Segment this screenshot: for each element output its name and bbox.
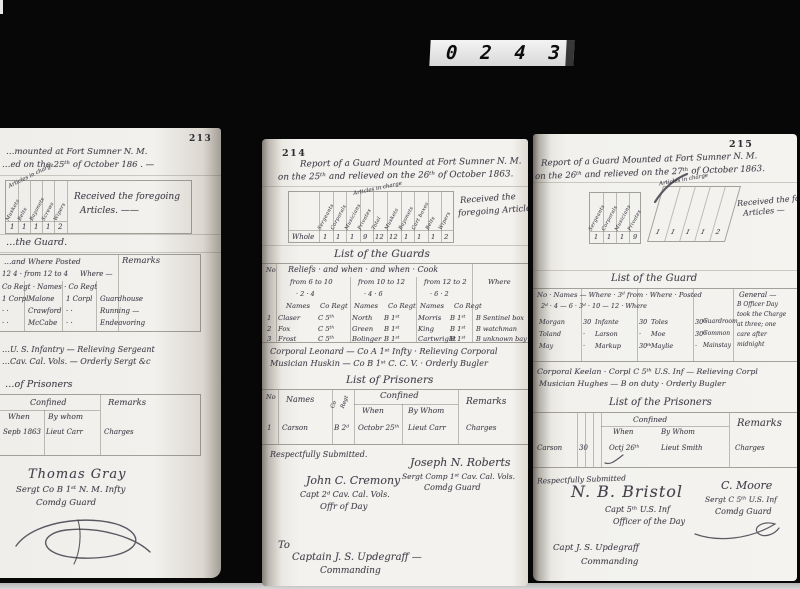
column-label: Names (354, 303, 378, 310)
table-subheader: 12 4 · from 12 to 4 (2, 271, 68, 278)
table-cell: Octj 26ᵗʰ (609, 445, 640, 452)
table-divider (590, 231, 640, 232)
table-divider (616, 193, 617, 243)
table-cell: B 2ᵈ (334, 424, 349, 431)
table-header: Remarks (737, 419, 782, 429)
rule-line (533, 270, 797, 271)
table-divider (62, 281, 63, 331)
received-note: Articles — (743, 206, 785, 218)
signature-line: Sergt C 5ᵗʰ U.S. Inf (705, 496, 777, 504)
table-divider (42, 181, 43, 233)
received-note: Articles. —— (80, 207, 139, 216)
rule-line (0, 252, 221, 253)
table-cell: B 1ˢᵗ (450, 326, 465, 333)
signature-line: Capt 2ᵈ Cav. Cal. Vols. (300, 491, 390, 499)
column-label: Co Regt (454, 303, 482, 310)
table-cell: Sepb 1863 (3, 429, 41, 436)
table-cell: Toland (539, 331, 561, 338)
prisoners-heading: List of Prisoners (346, 375, 433, 386)
table-cell: 1 (431, 234, 435, 241)
table-divider (733, 289, 734, 361)
table-cell: Charges (104, 429, 134, 436)
table-cell: 30 (579, 445, 588, 452)
table-divider (637, 289, 638, 361)
table-header: …and Where Posted (4, 258, 81, 266)
table-divider (276, 264, 277, 342)
signature-line: Officer of the Day (613, 518, 685, 526)
rule-line (0, 234, 221, 235)
footer-line: Commanding (581, 558, 638, 567)
table-divider (319, 192, 320, 242)
table-cell: Charges (466, 424, 496, 431)
table-divider (601, 413, 602, 467)
page-214: 214 Report of a Guard Mounted at Fort Su… (262, 139, 528, 586)
table-cell: 3 (267, 336, 271, 343)
table-cell: · · (2, 320, 9, 327)
signature-name: Joseph N. Roberts (410, 457, 511, 468)
table-cell: B 1ˢᵗ (450, 315, 465, 322)
table-header: Confined (633, 416, 667, 424)
signature-line: Comdg Guard (36, 499, 96, 508)
table-divider (18, 181, 19, 233)
signature-name: Thomas Gray (28, 468, 126, 481)
remarks-line: midnight (737, 342, 764, 348)
table-divider (0, 410, 100, 411)
table-cell: Toles (651, 319, 668, 326)
table-subheader: When (613, 429, 633, 436)
guard-table: …and Where Posted Remarks 12 4 · from 12… (0, 254, 201, 332)
table-cell: 30 (639, 319, 647, 326)
table-cell: 9 (363, 234, 367, 241)
table-divider (729, 413, 730, 467)
table-header: Remarks (122, 257, 160, 266)
note-line: …U. S. Infantry — Relieving Sergeant (2, 346, 155, 354)
table-header: No (266, 267, 276, 274)
table-cell: 1 (607, 234, 611, 241)
table-cell: 1 (336, 234, 340, 241)
guard-heading: List of the Guard (611, 274, 697, 284)
table-cell: 2 (267, 326, 271, 333)
table-divider (346, 192, 347, 242)
table-cell: · (583, 343, 585, 350)
articles-table: Articles in charge Whole Sergeants Corpo… (288, 191, 454, 243)
table-cell: · (695, 343, 697, 350)
table-divider (402, 404, 403, 444)
check-mark-icon (603, 453, 627, 467)
prisoners-table: Confined When By Whom Remarks Carson 30 … (533, 412, 797, 468)
footer-line: To (278, 541, 290, 551)
column-label: Co Regt (388, 303, 416, 310)
table-subheader: · 6 · 2 (430, 291, 449, 298)
table-divider (472, 264, 473, 342)
signature-name: C. Moore (721, 480, 772, 491)
table-cell: B watchman (476, 326, 517, 333)
table-cell: Charges (735, 445, 765, 452)
table-cell: Lieut Carr (408, 424, 446, 431)
guard-heading: List of the Guards (334, 249, 430, 260)
table-cell: Morgan (539, 319, 565, 326)
received-note: Received the foregoing (74, 193, 180, 202)
table-cell: · · (66, 308, 73, 315)
signature-line: Capt 5ᵗʰ U.S. Inf (605, 506, 670, 514)
table-cell: Fox (278, 326, 290, 333)
received-note: foregoing Articles. (458, 204, 528, 218)
table-cell: 1 (594, 234, 598, 241)
prisoners-heading: …of Prisoners (5, 380, 72, 390)
table-cell: 2 (444, 234, 448, 241)
table-cell: 1 (267, 424, 272, 431)
table-cell: 1 (670, 229, 676, 236)
table-cell: B 1ˢᵗ (384, 315, 399, 322)
table-header: Reliefs · and when · and when · Cook (288, 266, 438, 274)
remarks-line: care after (737, 332, 767, 338)
table-cell: 1 (417, 234, 421, 241)
table-divider (585, 413, 586, 467)
signature-name: N. B. Bristol (571, 484, 683, 500)
table-subheader: · 4 · 6 (364, 291, 383, 298)
table-cell: 1 Corpl (66, 296, 92, 303)
table-divider (354, 404, 458, 405)
table-divider (360, 192, 361, 242)
table-subheader: from 10 to 12 (358, 279, 405, 286)
table-cell: Maylie (651, 343, 673, 350)
column-label: Names (420, 303, 444, 310)
table-cell: B unknown bay (476, 336, 527, 343)
table-divider (354, 390, 355, 444)
table-cell: 12 (375, 234, 384, 241)
film-edge-sliver (0, 0, 3, 14)
signature-name: John C. Cremony (306, 475, 400, 486)
table-cell: B 1ˢᵗ (384, 336, 399, 343)
table-cell: Mainstay (703, 343, 731, 349)
prisoners-table: Confined Remarks When By whom Sepb 1863 … (0, 394, 201, 456)
table-cell: C 5ᵗʰ (318, 326, 334, 333)
table-cell: 1 (10, 224, 14, 231)
column-label: Belts (18, 207, 29, 222)
prisoners-table: No Names Co Regt Confined When By Whom R… (262, 389, 528, 445)
table-divider (416, 277, 417, 342)
table-cell: 1 (323, 234, 327, 241)
table-cell: Octobr 25ᵗʰ (358, 424, 399, 431)
table-cell: B 1ˢᵗ (384, 326, 399, 333)
table-cell: Carson (282, 424, 308, 431)
remarks-line: at three; one (737, 322, 776, 328)
counter-digit: 3 (548, 42, 561, 64)
table-divider (693, 289, 694, 361)
page-number: 215 (729, 140, 753, 150)
table-cell: C 5ᵗʰ (318, 336, 334, 343)
table-cell: 1 Corpl (2, 296, 28, 303)
table-divider (441, 192, 442, 242)
column-label: Regt (341, 395, 351, 409)
table-divider (629, 193, 630, 243)
table-cell: Bolinger (352, 336, 381, 343)
table-cell: · (639, 331, 641, 338)
signature-line: Offr of Day (320, 503, 367, 512)
counter-digit: 0 (445, 42, 458, 64)
row-label: Whole (292, 234, 314, 241)
guard-table: No Reliefs · and when · and when · Cook … (262, 263, 528, 343)
table-divider (581, 289, 582, 361)
table-divider (603, 193, 604, 243)
column-label: Names (286, 303, 310, 310)
signature-line: Sergt Comp 1ˢᵗ Cav. Cal. Vols. (402, 473, 515, 481)
table-cell: 2 (715, 229, 721, 236)
guard-table: No · Names — Where · 3ᵈ from · Where · P… (533, 288, 797, 362)
table-cell: 1 (350, 234, 354, 241)
table-subheader: · 2 · 4 (296, 291, 315, 298)
prisoners-heading: List of the Prisoners (609, 398, 712, 408)
table-cell: 1 (22, 224, 26, 231)
table-subheader: By Whom (408, 407, 444, 415)
table-divider (458, 390, 459, 444)
pen-flourish-icon (8, 512, 158, 570)
articles-slant-label: Articles in charge (353, 182, 403, 198)
signature-line: Comdg Guard (424, 484, 481, 492)
table-divider (428, 192, 429, 242)
musician-line: Musician Huskin — Co B 1ˢᵗ C. C. V. · Or… (270, 359, 488, 367)
table-divider (593, 413, 594, 467)
table-cell: Guardroom (703, 319, 738, 325)
table-subheader: Where — (80, 271, 113, 278)
counter-digit: 4 (514, 42, 527, 64)
table-cell: 1 (267, 315, 271, 322)
table-subheader: from 12 to 2 (424, 279, 467, 286)
table-divider (333, 192, 334, 242)
table-header: Confined (380, 392, 419, 401)
report-title-line: …ed on the 25ᵗʰ of October 186 . — (2, 161, 154, 170)
report-title-line: on the 25ᵗʰ and relieved on the 26ᵗʰ of … (278, 170, 513, 182)
remarks-line: took the Charge (737, 312, 786, 318)
musician-line: Musician Hughes — B on duty · Orderly Bu… (539, 380, 726, 388)
table-cell: B 1ˢᵗ (450, 336, 465, 343)
rule-line (262, 245, 528, 246)
table-cell: Carson (537, 445, 562, 452)
table-subheader: Co Regt · Names · Co Regt (2, 284, 97, 291)
table-cell: 1 (46, 224, 50, 231)
remarks-line: B Officer Day (737, 302, 778, 308)
table-header: Confined (30, 399, 66, 407)
table-cell: Morris (418, 315, 441, 322)
footer-line: Commanding (320, 567, 381, 576)
articles-table-skewed: 1 1 1 1 2 (647, 186, 741, 242)
footer-line: Capt J. S. Updegraff (553, 544, 639, 553)
table-cell: May (539, 343, 553, 350)
table-cell: B Sentinel box (476, 315, 524, 322)
table-cell: Moe (651, 331, 665, 338)
table-subheader: Where (488, 279, 511, 286)
table-cell: 1 (700, 229, 706, 236)
table-subheader: When (8, 413, 30, 421)
table-cell: 30ᵗʰ (639, 343, 652, 350)
guard-heading: …the Guard. (6, 238, 67, 248)
footer-line: Captain J. S. Updegraff — (292, 553, 422, 563)
table-cell: · · (2, 308, 9, 315)
table-cell: Malone (28, 296, 54, 303)
table-subheader: By Whom (661, 429, 695, 436)
counter-digit: 2 (480, 42, 493, 64)
table-cell: Frost (278, 336, 296, 343)
corporal-line: Corporal Keelan · Corpl C 5ᵗʰ U.S. Inf —… (537, 368, 758, 376)
articles-table: Articles in charge Muskets Belts Bayonet… (5, 180, 192, 234)
table-header: Remarks (108, 399, 146, 408)
table-cell: Running — (100, 308, 139, 315)
report-title-line: Report of a Guard Mounted at Fort Sumner… (300, 157, 522, 169)
table-header: Remarks (466, 398, 506, 407)
signature-line: Sergt Co B 1ˢᵗ N. M. Infty (16, 486, 125, 495)
column-label: Wipers (54, 202, 68, 222)
table-divider (387, 192, 388, 242)
table-cell: 9 (633, 234, 637, 241)
report-title-line: …mounted at Fort Sumner N. M. (6, 148, 147, 157)
table-header: General — (739, 292, 776, 299)
table-header: No · Names — Where · 3ᵈ from · Where · P… (537, 292, 702, 299)
corporal-line: Corporal Leonard — Co A 1ˢᵗ Infty · Reli… (270, 347, 498, 355)
table-cell: 1 (685, 229, 691, 236)
table-divider (96, 281, 97, 331)
table-cell: 30 (583, 319, 591, 326)
frame-counter: 0 2 4 3 (429, 40, 574, 66)
table-divider (67, 181, 68, 233)
table-divider (401, 192, 402, 242)
table-cell: 12 (389, 234, 398, 241)
table-cell: Infante (595, 319, 619, 326)
table-cell: · (583, 331, 585, 338)
table-cell: Lieut Smith (661, 445, 703, 452)
table-divider (373, 192, 374, 242)
signature-line: Comdg Guard (715, 508, 772, 516)
table-subheader: By whom (48, 413, 83, 421)
table-cell: 1 (404, 234, 408, 241)
table-cell: 1 (620, 234, 624, 241)
table-divider (414, 192, 415, 242)
table-cell: C 5ᵗʰ (318, 315, 334, 322)
table-cell: Markup (595, 343, 621, 350)
table-header: Names (286, 396, 314, 404)
received-note: Received the (460, 193, 516, 205)
page-number: 214 (282, 149, 306, 159)
table-cell: King (418, 326, 434, 333)
table-cell: North (352, 315, 372, 322)
table-cell: Guardhouse (100, 296, 143, 303)
submitted-line: Respectfully Submitted. (270, 451, 367, 459)
table-cell: Common (703, 331, 730, 337)
table-divider (54, 181, 55, 233)
table-divider (100, 395, 101, 455)
table-divider (24, 281, 25, 331)
table-cell: 2 (58, 224, 62, 231)
table-subheader: When (362, 407, 384, 415)
table-divider (332, 390, 333, 444)
table-cell: Lieut Carr (46, 429, 83, 436)
table-cell: Green (352, 326, 373, 333)
table-divider (44, 410, 45, 455)
table-cell: Claser (278, 315, 300, 322)
table-cell: 1 (655, 229, 661, 236)
table-divider (350, 277, 351, 342)
table-subheader: from 6 to 10 (290, 279, 333, 286)
table-divider (601, 426, 729, 427)
pen-flourish-icon (691, 518, 783, 544)
table-header: No (266, 394, 276, 401)
table-divider (577, 413, 578, 467)
articles-table: Sergeants Corporals Musicians Privates 1… (589, 192, 641, 244)
table-cell: McCabe (28, 320, 57, 327)
table-cell: Larson (595, 331, 618, 338)
table-cell: 1 (34, 224, 38, 231)
table-cell: Endeavoring (100, 320, 145, 327)
page-number: 213 (189, 135, 212, 144)
page-213: 213 …mounted at Fort Sumner N. M. …ed on… (0, 128, 221, 578)
table-subheader: 2ᵈ · 4 — 6 · 3ᵈ · 10 — 12 · Where (541, 303, 647, 310)
table-cell: Crawford (28, 308, 62, 315)
column-label: Co Regt (320, 303, 348, 310)
page-215: 215 Report of a Guard Mounted at Fort Su… (533, 134, 797, 581)
table-divider (30, 181, 31, 233)
table-divider (278, 390, 279, 444)
note-line: …Cav. Cal. Vols. — Orderly Sergt &c (2, 358, 150, 366)
table-cell: · · (66, 320, 73, 327)
